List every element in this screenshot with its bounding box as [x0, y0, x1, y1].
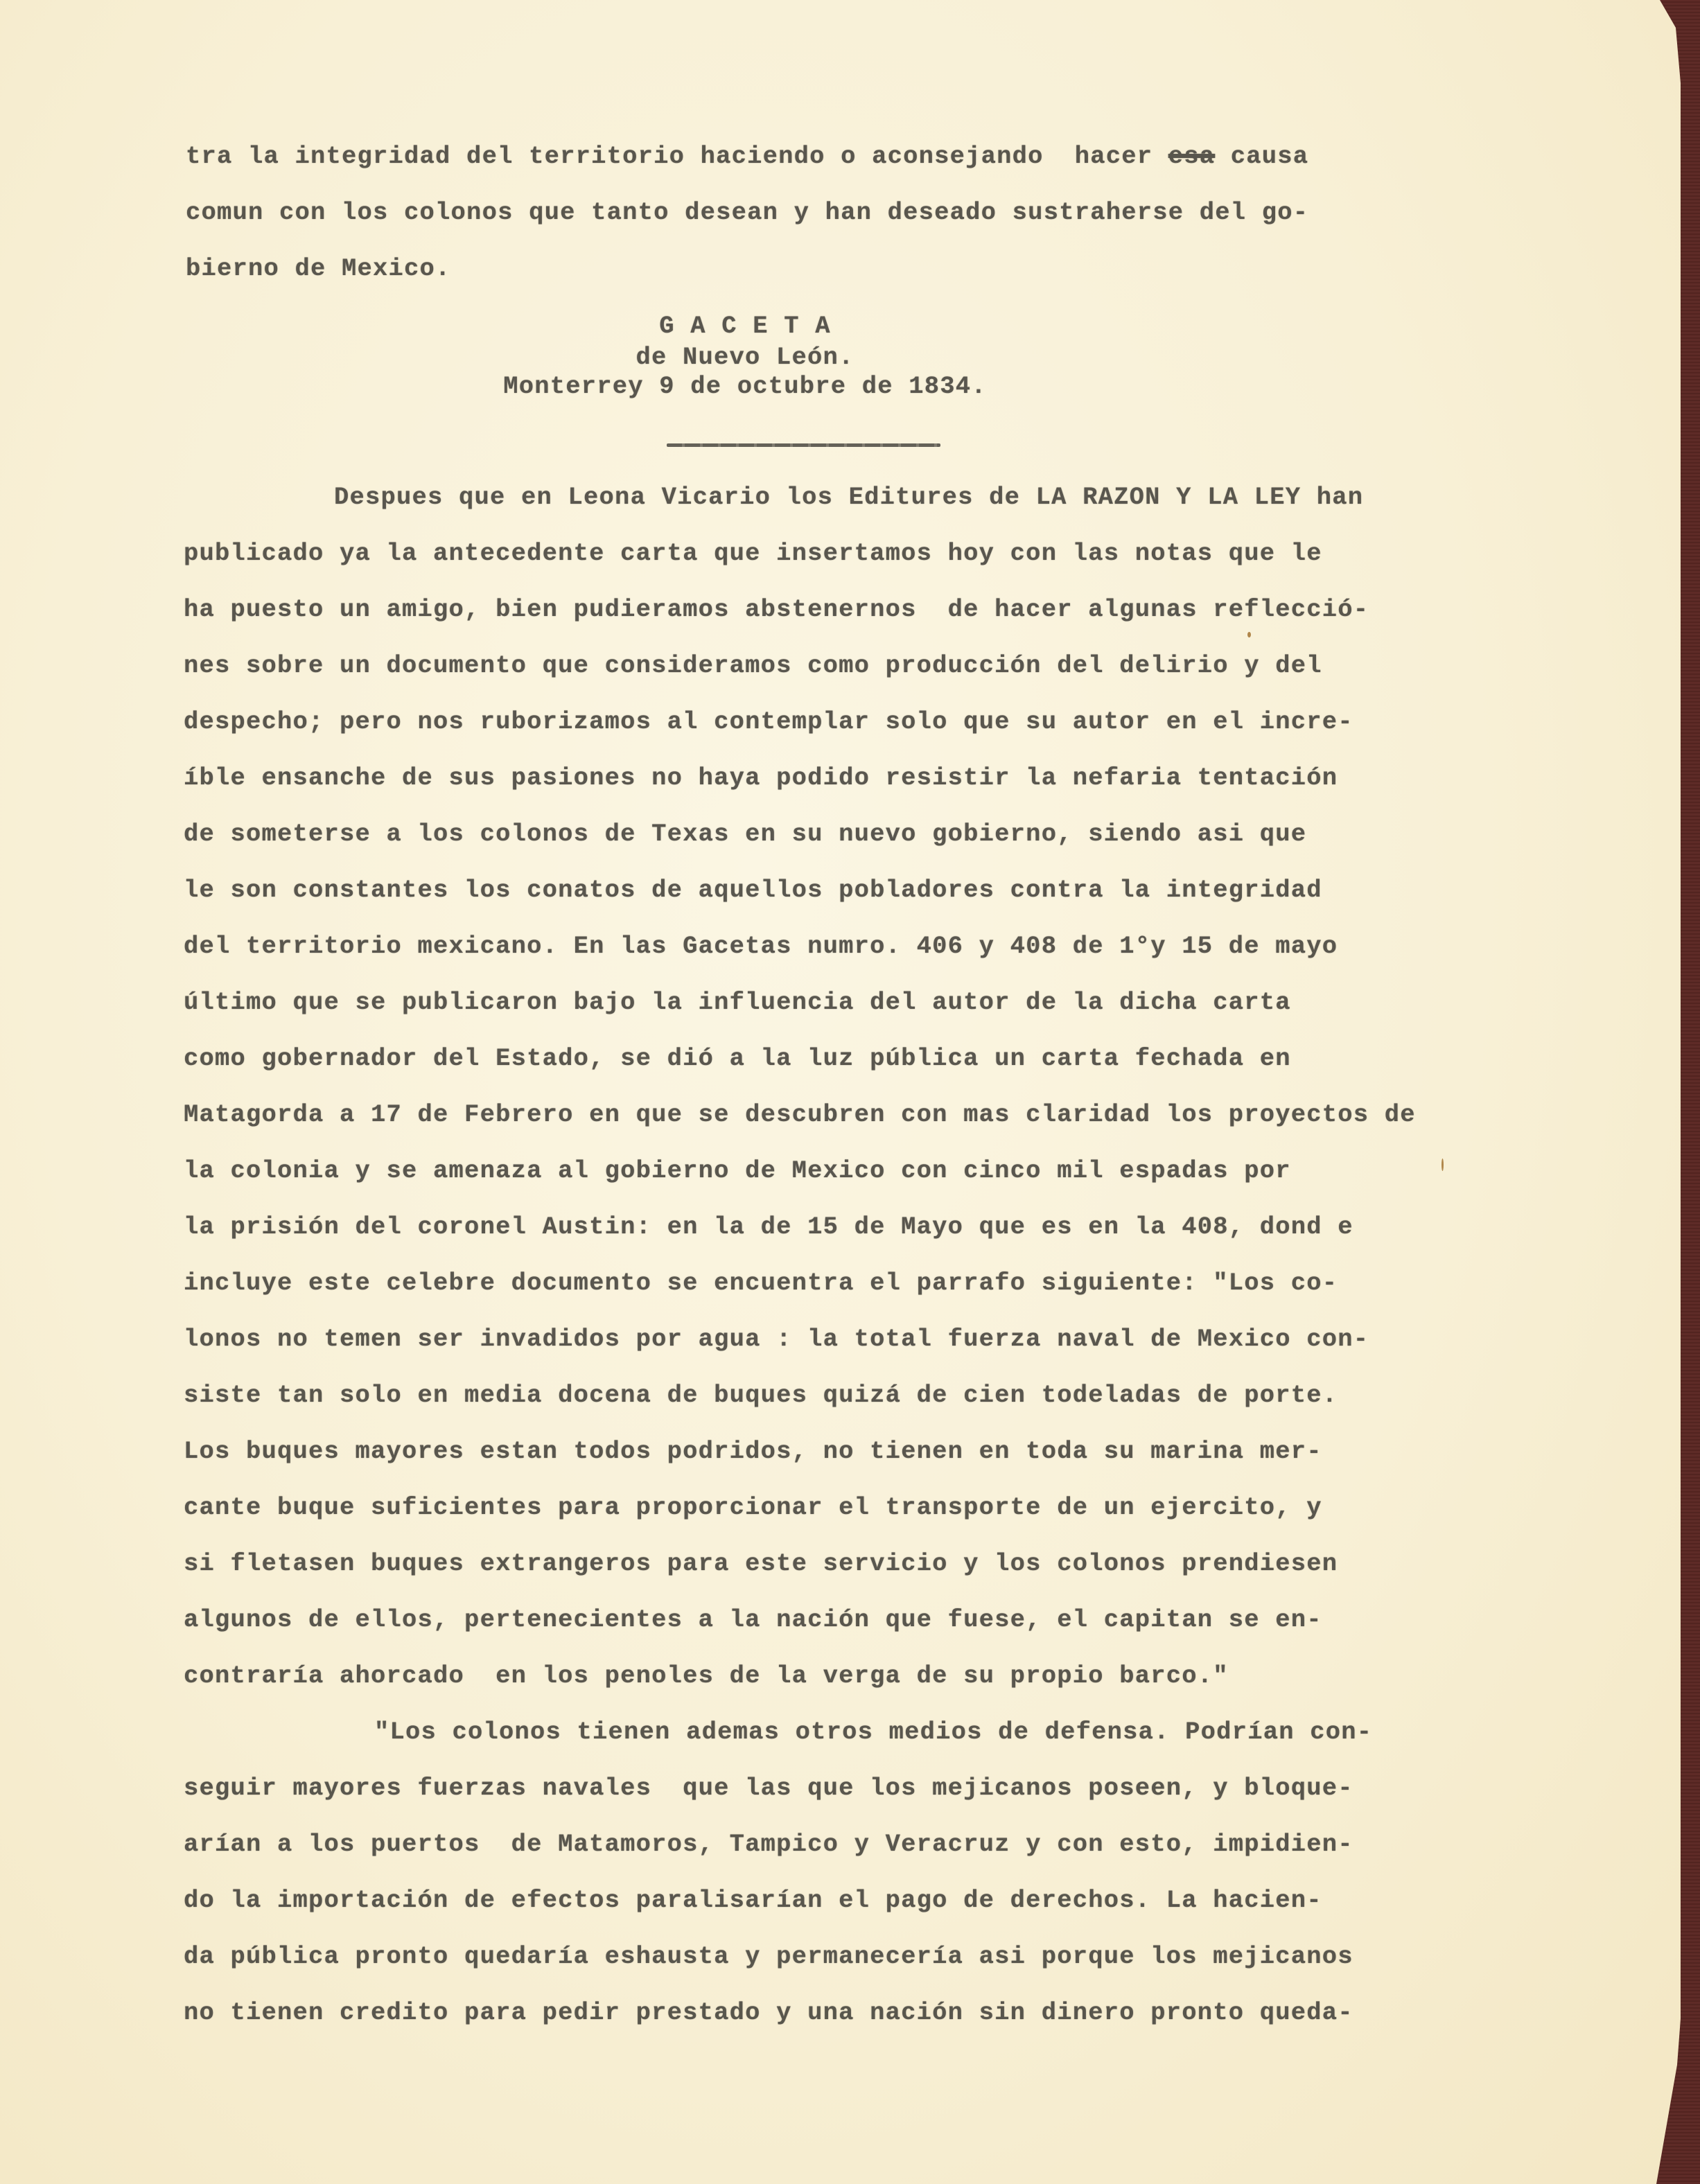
body-line: arían a los puertos de Matamoros, Tampic… — [184, 1830, 1353, 1858]
body-line: como gobernador del Estado, se dió a la … — [184, 1044, 1291, 1073]
body-line: la prisión del coronel Austin: en la de … — [184, 1213, 1353, 1241]
body-line: Despues que en Leona Vicario los Editure… — [334, 483, 1363, 511]
body-line: Matagorda a 17 de Febrero en que se desc… — [184, 1100, 1416, 1129]
carryover-line-1-tail: causa — [1231, 142, 1309, 170]
body-line: nes sobre un documento que consideramos … — [184, 651, 1322, 680]
body-line: del territorio mexicano. En las Gacetas … — [184, 932, 1338, 960]
body-line: íble ensanche de sus pasiones no haya po… — [184, 764, 1338, 792]
body-line: "Los colonos tienen ademas otros medios … — [374, 1718, 1372, 1746]
body-line: siste tan solo en media docena de buques… — [184, 1381, 1338, 1409]
body-line: algunos de ellos, pertenecientes a la na… — [184, 1605, 1322, 1634]
gazette-subtitle: de Nuevo León. — [0, 343, 1490, 371]
body-line: ha puesto un amigo, bien pudieramos abst… — [184, 595, 1369, 624]
body-line: despecho; pero nos ruborizamos al contem… — [184, 707, 1353, 736]
gazette-title: G A C E T A — [0, 312, 1490, 340]
body-line: lonos no temen ser invadidos por agua : … — [184, 1325, 1369, 1353]
carryover-line-2: comun con los colonos que tanto desean y… — [186, 198, 1308, 227]
body-line: último que se publicaron bajo la influen… — [184, 988, 1291, 1016]
body-line: le son constantes los conatos de aquello… — [184, 876, 1322, 904]
paper-page: tra la integridad del territorio haciend… — [0, 0, 1681, 2184]
body-line: Los buques mayores estan todos podridos,… — [184, 1437, 1322, 1465]
carryover-line-1: tra la integridad del territorio haciend… — [186, 142, 1308, 170]
body-line: contraría ahorcado en los penoles de la … — [184, 1662, 1229, 1690]
gazette-dateline: Monterrey 9 de octubre de 1834. — [0, 372, 1490, 400]
body-line: seguir mayores fuerzas navales que las q… — [184, 1774, 1353, 1802]
heading-divider — [667, 443, 940, 447]
body-line: incluye este celebre documento se encuen… — [184, 1269, 1338, 1297]
carryover-line-1-text: tra la integridad del territorio haciend… — [186, 142, 1153, 170]
body-line: cante buque suficientes para proporciona… — [184, 1493, 1322, 1522]
paper-stain — [1247, 632, 1251, 637]
body-line: no tienen credito para pedir prestado y … — [184, 1998, 1353, 2027]
body-line: la colonia y se amenaza al gobierno de M… — [184, 1156, 1291, 1185]
body-line: de someterse a los colonos de Texas en s… — [184, 820, 1306, 848]
body-line: da pública pronto quedaría eshausta y pe… — [184, 1942, 1353, 1971]
body-line: publicado ya la antecedente carta que in… — [184, 539, 1322, 567]
carryover-line-3: bierno de Mexico. — [186, 254, 451, 283]
paper-stain — [1442, 1159, 1444, 1171]
body-line: do la importación de efectos paralisaría… — [184, 1886, 1322, 1914]
struck-word: esa — [1168, 142, 1216, 170]
body-line: si fletasen buques extrangeros para este… — [184, 1549, 1338, 1578]
